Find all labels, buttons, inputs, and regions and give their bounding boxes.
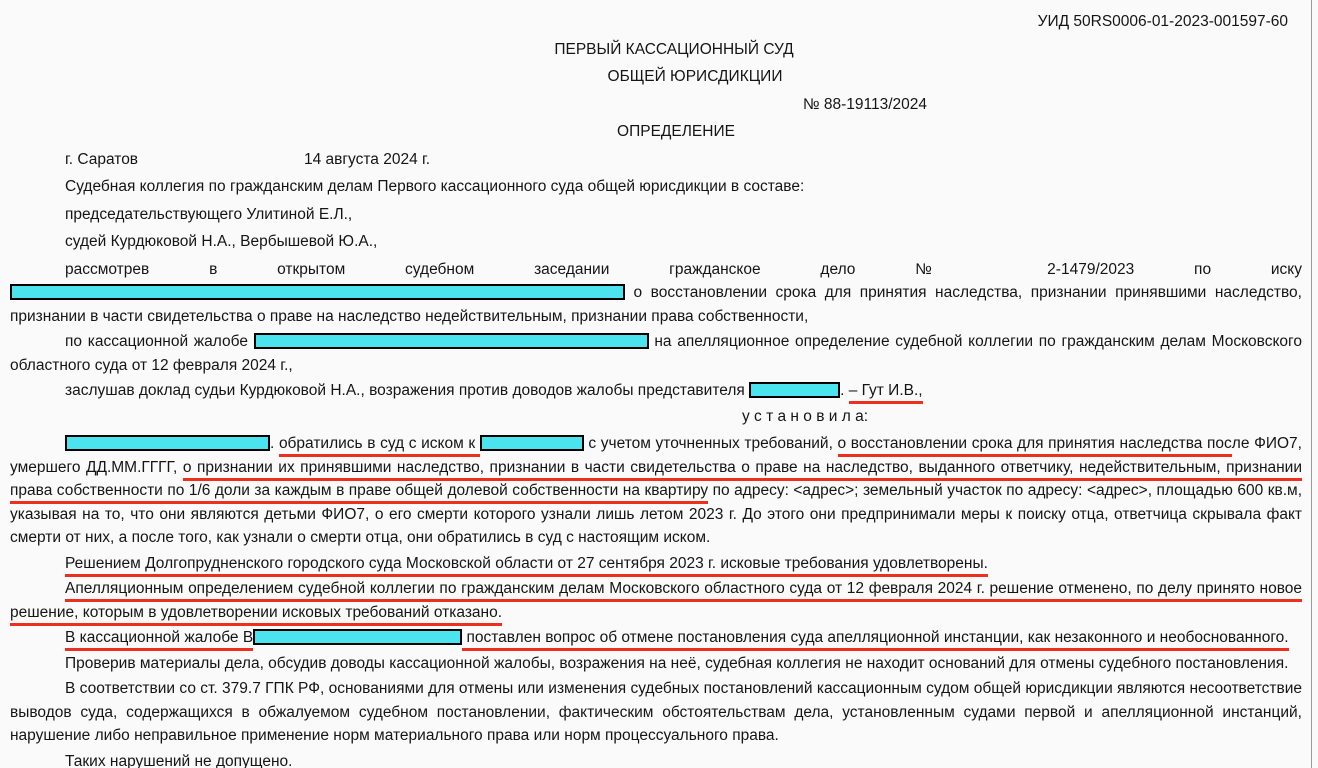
redaction-box-cassator	[253, 629, 462, 645]
ustanovila-heading: у с т а н о в и л а:	[159, 405, 1318, 429]
first-instance-decision-paragraph: Решением Долгопрудненского городского су…	[10, 552, 1302, 576]
no-violations-paragraph: Таких нарушений не допущено.	[10, 750, 1302, 768]
claim-text-1: .	[270, 435, 279, 452]
representative-name-underlined: – Гут И.В.,	[849, 382, 923, 404]
decision-date: 14 августа 2024 г.	[304, 151, 430, 168]
city: г. Саратов	[65, 148, 304, 172]
appellate-decision-paragraph: Апелляционным определением судебной колл…	[10, 577, 1302, 624]
appeal-text-before: по кассационной жалобе	[65, 333, 254, 350]
report-text-before: заслушав доклад судьи Курдюковой Н.А., в…	[65, 382, 749, 399]
claim-description-paragraph: . обратились в суд с иском к с учетом ут…	[10, 432, 1302, 550]
cassation-appeal-paragraph: по кассационной жалобе на апелляционное …	[10, 330, 1302, 377]
claim-underlined-1: обратились в суд с иском к	[279, 435, 480, 457]
place-and-date-line: г. Саратов14 августа 2024 г.	[10, 148, 1302, 172]
first-instance-underlined: Решением Долгопрудненского городского су…	[65, 555, 988, 577]
judges: судей Курдюковой Н.А., Вербышевой Ю.А.,	[10, 230, 1302, 254]
cassation-underlined-1: В кассационной жалобе В	[65, 629, 253, 651]
redaction-box-defendant	[480, 435, 584, 451]
document-type-title: ОПРЕДЕЛЕНИЕ	[30, 120, 1318, 144]
considered-text-before: рассмотрев в открытом судебном заседании…	[65, 261, 1302, 278]
claim-underlined-2: о восстановлении срока для принятия насл…	[838, 435, 1232, 457]
claim-text-2: с учетом уточненных требований,	[584, 435, 838, 452]
article-379-paragraph: В соответствии со ст. 379.7 ГПК РФ, осно…	[10, 677, 1302, 748]
cassation-question-paragraph: В кассационной жалобе В поставлен вопрос…	[10, 626, 1302, 650]
panel-composition-intro: Судебная коллегия по гражданским делам П…	[10, 175, 1302, 199]
case-uid: УИД 50RS0006-01-2023-001597-60	[10, 10, 1302, 34]
cassation-underlined-2: поставлен вопрос об отмене постановления…	[462, 629, 1288, 651]
case-number: № 88-19113/2024	[219, 93, 1318, 117]
court-name-line1: ПЕРВЫЙ КАССАЦИОННЫЙ СУД	[28, 38, 1318, 62]
redaction-box-representative	[749, 382, 840, 398]
presiding-judge: председательствующего Улитиной Е.Л.,	[10, 203, 1302, 227]
redaction-box-claimants	[65, 435, 270, 451]
court-name-line2: ОБЩЕЙ ЮРИСДИКЦИИ	[49, 65, 1318, 89]
review-conclusion-paragraph: Проверив материалы дела, обсудив доводы …	[10, 652, 1302, 676]
appellate-underlined: Апелляционным определением судебной колл…	[10, 580, 1302, 626]
report-paragraph: заслушав доклад судьи Курдюковой Н.А., в…	[10, 379, 1302, 403]
redaction-box-appellant	[254, 333, 649, 349]
redaction-box-plaintiffs	[10, 284, 625, 300]
case-considered-paragraph: рассмотрев в открытом судебном заседании…	[10, 258, 1302, 329]
document-page: УИД 50RS0006-01-2023-001597-60 ПЕРВЫЙ КА…	[0, 0, 1318, 768]
report-text-after: .	[840, 382, 849, 399]
